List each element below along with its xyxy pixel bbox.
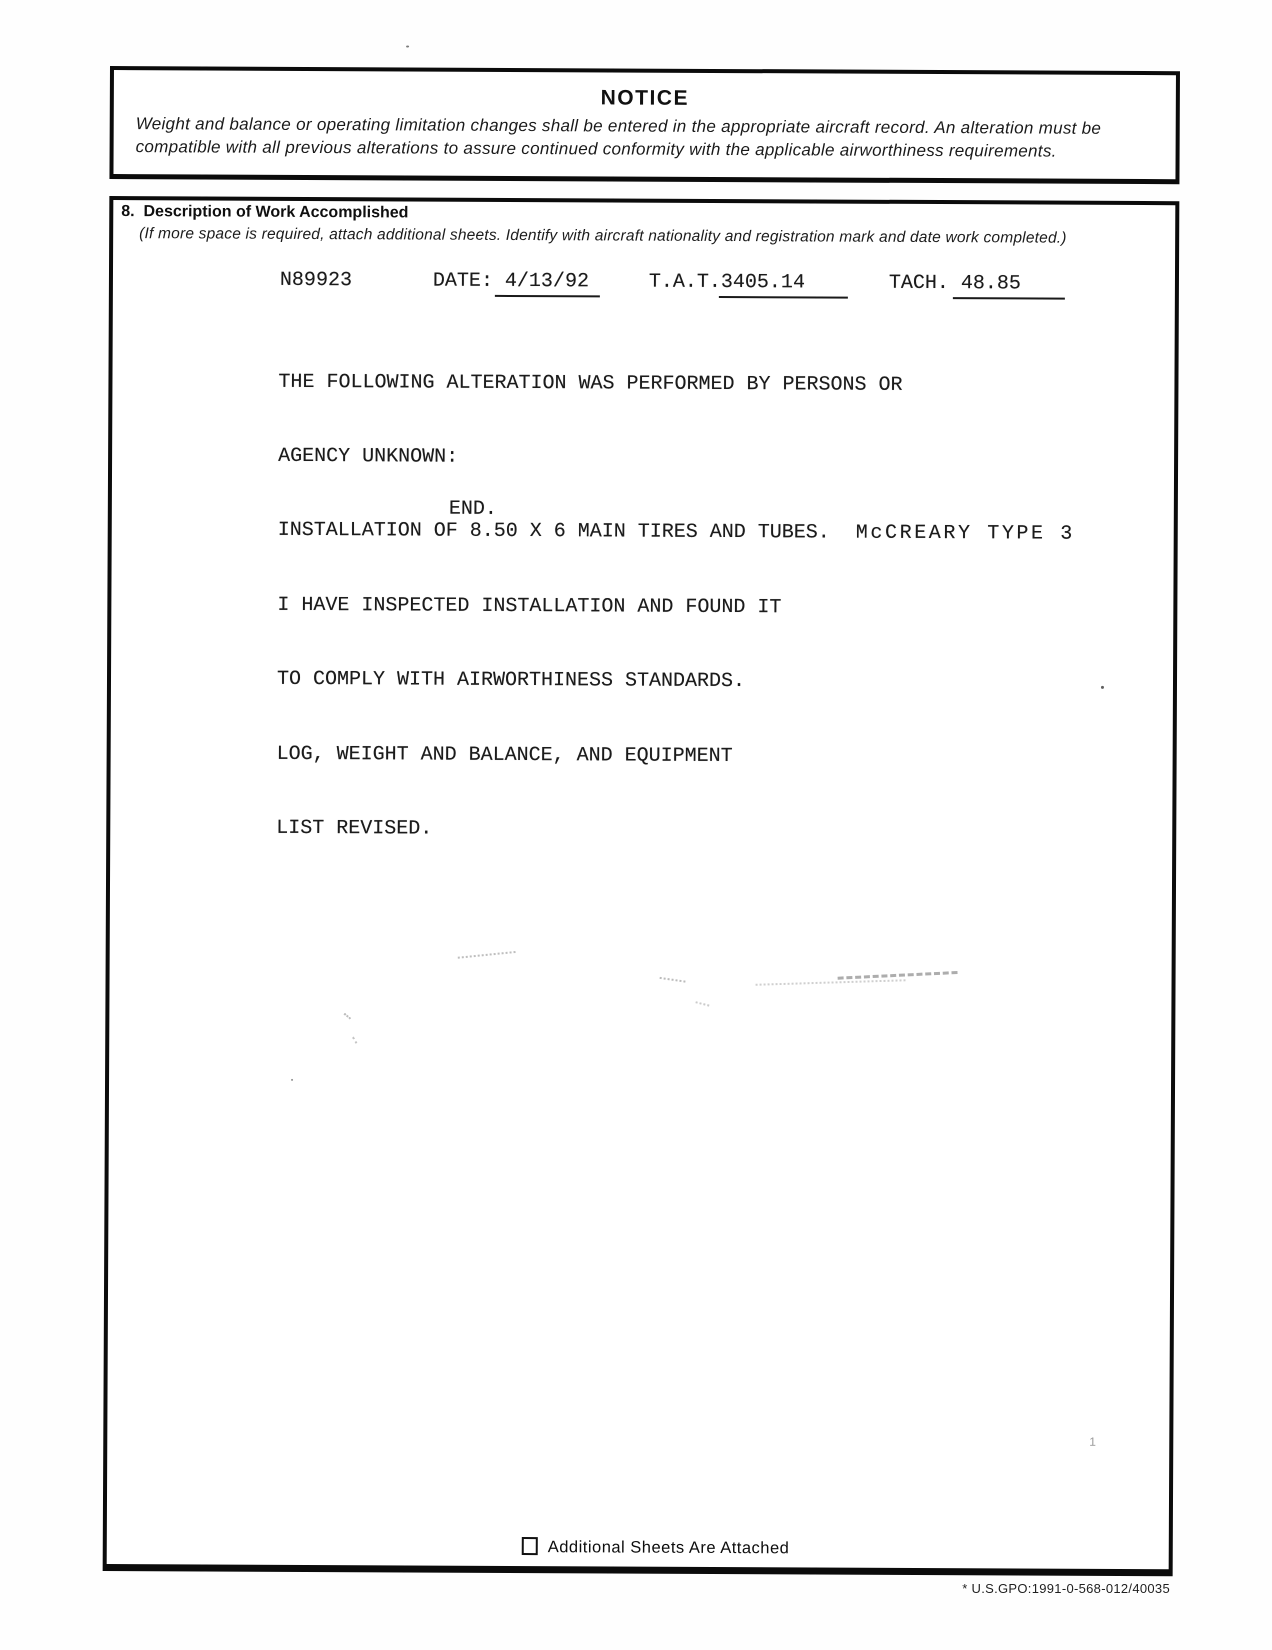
work-line: I HAVE INSPECTED INSTALLATION AND FOUND …	[277, 594, 1074, 623]
scanned-form-page: NOTICE Weight and balance or operating l…	[0, 0, 1272, 1650]
additional-sheets-row: Additional Sheets Are Attached	[522, 1538, 790, 1561]
work-line-text: INSTALLATION OF 8.50 X 6 MAIN TIRES AND …	[278, 519, 830, 545]
gpo-imprint: * U.S.GPO:1991-0-568-012/40035	[955, 1581, 1170, 1596]
tach-value: 48.85	[953, 272, 1065, 300]
scan-skew-wrapper: NOTICE Weight and balance or operating l…	[0, 0, 1272, 1650]
entry-fields-row: N89923 DATE: 4/13/92 T.A.T. 3405.14 TACH…	[113, 268, 1175, 303]
work-line: THE FOLLOWING ALTERATION WAS PERFORMED B…	[278, 370, 1075, 399]
work-description: THE FOLLOWING ALTERATION WAS PERFORMED B…	[276, 321, 1076, 895]
aircraft-registration: N89923	[280, 269, 352, 292]
notice-body: Weight and balance or operating limitati…	[136, 112, 1162, 163]
scan-artifact	[406, 45, 409, 47]
tat-label: T.A.T.	[649, 271, 721, 294]
notice-body-line2: compatible with all previous alterations…	[136, 135, 1162, 163]
notice-box: NOTICE Weight and balance or operating l…	[109, 66, 1180, 184]
additional-sheets-label: Additional Sheets Are Attached	[548, 1538, 790, 1557]
work-line: TO COMPLY WITH AIRWORTHINESS STANDARDS.	[277, 668, 1074, 697]
mccreary-note: McCREARY TYPE 3	[856, 522, 1075, 546]
additional-sheets-checkbox[interactable]	[522, 1537, 538, 1555]
work-line: AGENCY UNKNOWN:	[278, 445, 1075, 474]
date-label: DATE:	[433, 270, 493, 293]
tach-label: TACH.	[889, 272, 949, 295]
end-marker: END.	[449, 498, 497, 521]
section8-instructions: (If more space is required, attach addit…	[139, 225, 1067, 248]
section8-box: 8. Description of Work Accomplished (If …	[103, 196, 1180, 1576]
date-value: 4/13/92	[495, 270, 600, 298]
work-line: INSTALLATION OF 8.50 X 6 MAIN TIRES AND …	[278, 519, 1075, 548]
notice-title: NOTICE	[114, 84, 1176, 113]
section8-heading: 8. Description of Work Accomplished	[121, 203, 408, 222]
work-line: LOG, WEIGHT AND BALANCE, AND EQUIPMENT	[277, 742, 1074, 771]
tat-value: 3405.14	[719, 271, 848, 299]
work-line: LIST REVISED.	[276, 817, 1073, 846]
